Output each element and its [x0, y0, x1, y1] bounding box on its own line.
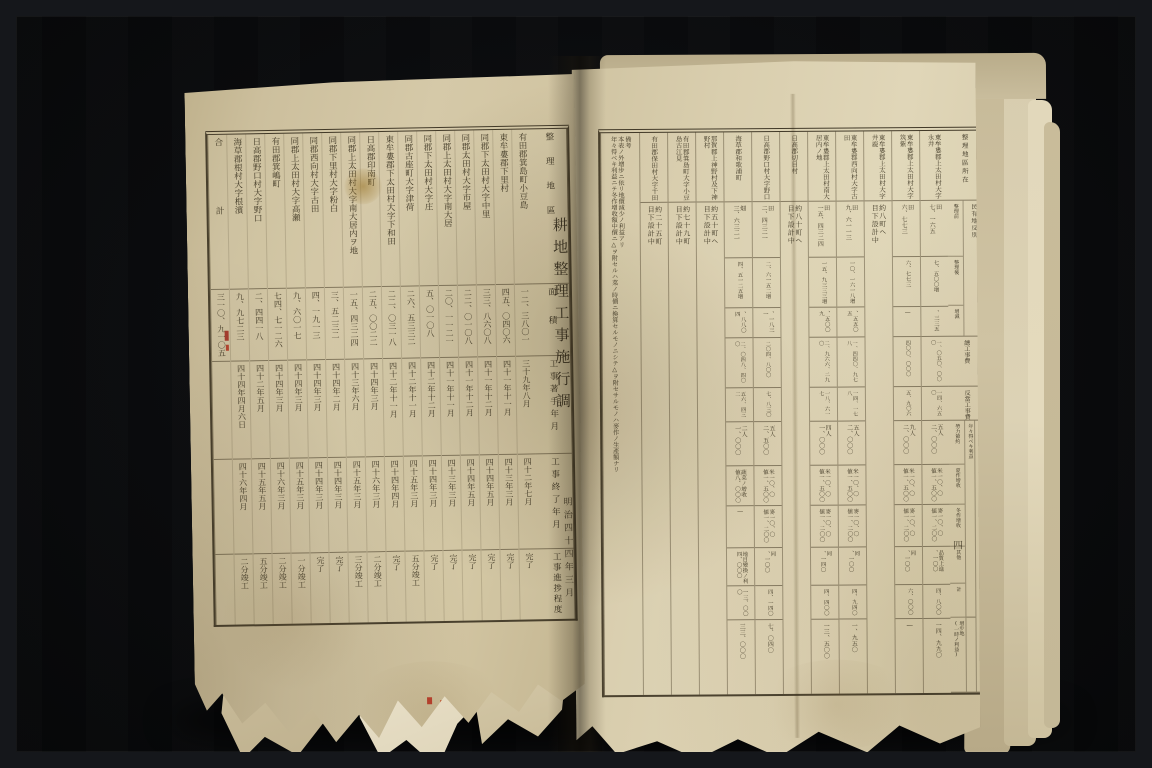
progress-status-text: 五分竣工 [258, 557, 267, 589]
total-cost: 二〇四、八〇〇 [753, 338, 780, 388]
summer-crop-gain-text: 米一〇、〇 値一、五〇〇 [902, 468, 914, 502]
document-title: 耕地整理工事施行調 [547, 217, 576, 477]
benefit-total: 四、一四〇 [755, 586, 782, 620]
labor-saving-text: 九人 二、〇〇〇 [901, 424, 914, 454]
winter-crop-gain-text: 麥一〇、〇 値一、二〇〇 [902, 508, 914, 542]
benefit-total: 一三、〇〇〇 [727, 586, 754, 620]
area-before-text: 田 九、六一一三 [844, 204, 857, 240]
header-annual-label: 年々得ベキ利益 [965, 421, 975, 618]
progress-status-text: 完了 [524, 552, 533, 568]
header-summer-text: 夏作增收 [954, 468, 960, 488]
bonus-land-benefit-text: 一、九五〇 [850, 622, 857, 652]
winter-crop-gain: 麥一〇、〇 値一、二〇〇 [811, 506, 838, 548]
end-date-text: 四十四年四月 [390, 460, 399, 508]
area-before: 田 六、七七三 [893, 201, 920, 257]
other-benefit-text: 同 、一四〇 [819, 551, 831, 573]
area-after: 六、七七三 [893, 257, 920, 307]
end-date: 四十二年七月 [518, 454, 538, 549]
area-before: 田 九、六一一三 [837, 201, 864, 257]
header-benefit-sub: 勞力節約夏作增收冬作增收其他計增步地 (一時ノ利益) [949, 421, 967, 692]
header-per-tan-text: 反當工事費 [963, 390, 970, 420]
area-value-text: 二〇、一一二一 [444, 289, 454, 345]
start-date: 四十一年十二月 [459, 357, 479, 455]
winter-crop-gain-text: 麥一〇、〇 値一、二〇〇 [846, 508, 858, 542]
start-date: 四十三年六月 [345, 359, 365, 457]
labor-saving: 五人 二、五〇〇 [754, 422, 781, 466]
labor-saving: 二人 一、〇〇〇 [726, 422, 753, 466]
start-date-text: 四十四年二月 [331, 363, 340, 411]
progress-status: 二分竣工 [235, 554, 254, 624]
cost-per-tan-text: 一四、一七八 [846, 390, 857, 420]
district-name-text: 東牟婁郡下太田村大字下和田 [384, 135, 395, 246]
document-date: 明治四十四年三月 [556, 497, 577, 667]
progress-status-text: 二分竣工 [372, 555, 381, 587]
progress-status-text: 一分竣工 [296, 556, 305, 588]
winter-crop-gain-text: ― [737, 509, 743, 515]
area-value-text: 四五、〇四〇六 [501, 288, 511, 344]
area-value-text: 二六、五三三二 [406, 289, 416, 345]
header-district-text: 整理地區 [544, 132, 555, 230]
location-name: 東牟婁郡上太田村大字筑紫 [892, 131, 919, 201]
progress-status-text: 完了 [391, 555, 400, 571]
start-date-text: 四十二年十二月 [426, 361, 436, 417]
remarks-column: 備考 本表ノ外增步ニ依リ地價減少ノ利益アリ 年々得ベキ利益ニテ冬作增收額中價ニ△… [600, 133, 643, 695]
district-name-text: 同郡上太田村大字高瀬 [289, 136, 300, 221]
progress-status: 一分竣工 [291, 553, 310, 623]
summer-crop-gain: 米一〇、〇 値一、五〇〇 [894, 465, 921, 505]
district-name-text: 同郡下太田村大字中里 [479, 133, 490, 218]
end-date: 四十五年三月 [347, 457, 367, 552]
header-change: 增減 [948, 306, 963, 336]
total-cost-text: 二〇四、八〇〇 [764, 341, 770, 377]
area-value: 五、〇一〇八 [420, 286, 439, 358]
location-name: 海草郡和歌浦町 [724, 132, 751, 202]
area-value: 三、五二三二 [325, 288, 344, 360]
area-value: 二二、〇三一八 [382, 287, 401, 359]
summer-crop-gain: 米一〇、〇 値一、五〇〇 [922, 465, 949, 505]
right-table-record: 東牟婁郡上太田村大字井鹿約八町ヘ 目下設計中 [863, 131, 895, 693]
header-land-sub: 整理前整理後增減 [948, 201, 965, 336]
other-benefit: 同 、一四〇 [811, 548, 838, 586]
progress-status: 三分竣工 [348, 552, 367, 622]
area-before-text: 田 二、四三二一 [760, 205, 773, 241]
labor-saving-text: 四人 一、〇〇〇 [817, 425, 830, 455]
progress-status: 五分竣工 [253, 554, 272, 624]
remarks-text-text: 備考 本表ノ外增步ニ依リ地價減少ノ利益アリ 年々得ベキ利益ニテ冬作增收額中價ニ△… [609, 136, 633, 473]
right-table-record: 東牟婁郡上太田村南大居内ノ地田 一五、四三二四一五、九三三三增、五〇〇九二、九六… [807, 132, 839, 694]
total-cost-text: 一、〇五〇、〇〇〇 [929, 340, 941, 386]
start-date-text: 四十四年三月 [312, 363, 321, 411]
header-after-text: 整理後 [953, 259, 958, 274]
progress-status-text: 二分竣工 [239, 557, 248, 589]
area-value-text: 一五、四三二四 [349, 290, 359, 346]
winter-crop-gain-text: 麥一〇、〇 値一、二〇〇 [818, 509, 830, 543]
other-benefit: 同 、一〇〇 [895, 547, 922, 585]
bonus-land-benefit-text: 三三、〇〇〇 [738, 623, 745, 659]
labor-saving-text: 五人 二、〇〇〇 [929, 424, 942, 454]
area-after-text: 二、六一五二增 [764, 261, 770, 299]
start-date-text: 四十一年十二月 [464, 360, 474, 416]
labor-saving: 四人 一、〇〇〇 [810, 422, 837, 466]
location-name: 東牟婁郡西向村大字古田 [836, 131, 863, 201]
benefit-total-text: 四、八〇〇 [934, 588, 940, 615]
summer-crop-gain-text: 米一〇、〇 値一、五〇〇 [930, 468, 942, 502]
right-table-record: 東牟婁郡上太田村大字筑紫田 六、七七三六、七七三―四〇〇、〇〇〇五、九〇六九人 … [891, 131, 923, 693]
end-date-text: 四十五年三月 [295, 461, 304, 509]
start-date: 四十二年十二月 [421, 358, 441, 456]
cost-per-tan: 七、八三〇 [754, 388, 781, 422]
other-benefit: 地目變換ノ利 四、〇〇〇 [727, 548, 754, 586]
other-benefit: 同 、一〇〇 [839, 547, 866, 585]
benefit-total-text: 四、一四〇 [766, 589, 772, 616]
header-total-text: 計 [955, 587, 960, 592]
start-date: 四十四年二月 [326, 360, 346, 458]
cost-per-tan-text: 一四、六五〇 [930, 390, 941, 420]
bonus-land-benefit: 三三、〇〇〇 [727, 620, 755, 694]
area-value-text: 九、九七二三 [235, 292, 244, 340]
area-value-text: 二五、〇〇二二 [368, 290, 378, 346]
progress-status [216, 555, 235, 625]
area-value-text: 七四、七一二六 [273, 292, 283, 348]
end-date: 四十三年三月 [499, 455, 519, 550]
header-summer: 夏作增收 [949, 465, 964, 505]
total-cost: 四〇〇、〇〇〇 [893, 337, 920, 387]
area-change-text: 、一八三一 [761, 311, 773, 337]
area-after: 四、五一二五增 [725, 258, 752, 308]
benefit-total: 四、四〇〇 [811, 586, 838, 620]
remarks-text: 備考 本表ノ外增步ニ依リ地價減少ノ利益アリ 年々得ベキ利益ニテ冬作增收額中價ニ△… [601, 133, 643, 695]
area-value-text: 二二、〇一〇八 [463, 288, 473, 344]
winter-crop-gain: 麥一〇、〇 値一、二〇〇 [755, 506, 782, 548]
right-table-record: 有田郡保田村大字千田約二十五町 目下設計中 [639, 133, 671, 695]
header-annual-label-text: 年々得ベキ利益 [967, 424, 973, 459]
end-date-text: 四十四年三月 [428, 459, 437, 507]
cost-per-tan-text: 五六、四三二 [734, 391, 745, 421]
start-date-text: 四十四年三月 [369, 362, 378, 410]
total-cost-text: 二、九六六、二九〇 [817, 341, 829, 387]
area-before-text: 田 七、一六五 [928, 204, 941, 234]
left-page: 整理地區面積工事著手年月工事終了年月工事進捗程度有田郡箕島町小豆島一二、三八〇一… [184, 69, 586, 752]
district-name-text: 同郡西向村大字古田 [308, 136, 319, 213]
design-status-note-text: 約二十五町 目下設計中 [647, 206, 662, 246]
other-benefit-text: 品質上進 、一〇〇 [931, 550, 943, 572]
area-after-text: 七、五〇〇增 [932, 260, 938, 292]
area-change-text: 、五五〇五 [845, 310, 857, 336]
district-name-text: 海草郡根村大字根濱 [232, 137, 243, 214]
labor-saving-text: 五人 二、〇〇〇 [845, 424, 858, 454]
progress-status-text: 完了 [467, 553, 476, 569]
progress-status: 完了 [519, 549, 538, 619]
red-mark [427, 697, 432, 704]
location-name: 日高郡切目村 [780, 132, 807, 202]
cost-per-tan: 五、九〇六 [894, 387, 921, 421]
cost-per-tan-text: 五、九〇六 [905, 390, 911, 416]
winter-crop-gain-text: 麥一〇、〇 値一、二〇〇 [930, 508, 942, 542]
end-date: 四十五年三月 [404, 456, 424, 551]
winter-crop-gain: ― [727, 506, 754, 548]
area-after-text: 四、五一二五增 [736, 261, 742, 299]
end-date-text: 四十三年三月 [447, 459, 456, 507]
district-name-text: 同郡太田村大字市屋 [460, 133, 471, 210]
area-value-text: 九、六〇一七 [292, 291, 301, 339]
progress-status: 二分竣工 [272, 554, 291, 624]
header-bonus-text: 增步地 (一時ノ利益) [953, 621, 964, 658]
end-date-text: 四十四年三月 [314, 461, 323, 509]
labor-saving: 五人 二、〇〇〇 [922, 421, 949, 465]
bonus-land-benefit: 一、九五〇 [839, 619, 867, 693]
summer-crop-gain: 米一〇、〇 値一、五〇〇 [754, 466, 781, 506]
area-change: 、八八〇四 [725, 308, 752, 338]
location-name-text: 日高郡切目村 [790, 135, 797, 174]
benefit-total: 六、〇〇〇 [895, 585, 922, 619]
progress-status: 完了 [462, 550, 481, 620]
end-date-text: 四十二年七月 [523, 457, 532, 505]
area-change: 、三三五 [921, 307, 948, 337]
cost-per-tan: 一八、六一七 [810, 388, 837, 422]
header-labor-text: 勞力節約 [954, 424, 960, 444]
area-after: 一〇、一六一八增 [837, 257, 864, 307]
header-before-text: 整理前 [952, 204, 957, 219]
location-name: 那賀郡上神野村及下神野村 [696, 132, 723, 202]
total-cost-text: 二、〇四八、四〇〇 [733, 341, 745, 387]
header-total-cost-text: 總工事費 [962, 340, 969, 364]
other-benefit-text: 同 、一〇〇 [763, 551, 775, 573]
start-date: 四十四年三月 [307, 360, 327, 458]
end-date-text: 四十四年五月 [485, 458, 494, 506]
header-annual-spacer [966, 618, 976, 692]
location-name-text: 東牟婁郡上太田村大字永井 [927, 134, 941, 200]
summer-crop-gain-text: 蔬菜ノ增收 値八、〇〇〇 [734, 469, 746, 503]
left-table: 整理地區面積工事著手年月工事終了年月工事進捗程度有田郡箕島町小豆島一二、三八〇一… [205, 125, 578, 627]
area-value: 二〇、一一二一 [439, 286, 458, 358]
labor-saving-text: 五人 二、五〇〇 [761, 425, 774, 455]
design-status-note: 約八町ヘ 目下設計中 [865, 201, 895, 693]
progress-status-text: 完了 [429, 554, 438, 570]
area-after: 七、五〇〇增 [921, 257, 948, 307]
area-value: 一二、三八〇一 [515, 284, 534, 356]
cost-per-tan: 一四、六五〇 [922, 387, 949, 421]
area-after-text: 六、七七三 [904, 260, 910, 287]
start-date: 三十九年八月 [516, 356, 536, 454]
header-winter-text: 冬作增收 [954, 507, 960, 527]
cost-per-tan-text: 一八、六一七 [818, 391, 829, 421]
location-name: 東牟婁郡上太田村南大居内ノ地 [808, 132, 835, 202]
start-date: 四十二年五月 [250, 361, 270, 459]
end-date-text: 四十六年四月 [238, 462, 247, 510]
location-name-text: 東牟婁郡上太田村大字井鹿 [871, 134, 885, 200]
end-date: 四十六年三月 [271, 459, 291, 554]
end-date-text: 四十三年三月 [504, 458, 513, 506]
end-date-text: 四十四年五月 [466, 458, 475, 506]
location-name: 東牟婁郡上太田村大字永井 [920, 131, 947, 201]
end-date-text: 四十五年五月 [257, 462, 266, 510]
progress-status: 完了 [386, 552, 405, 622]
other-benefit: 品質上進 、一〇〇 [923, 547, 950, 585]
right-table-record: 東牟婁郡上太田村大字永井田 七、一六五七、五〇〇增、三三五一、〇五〇、〇〇〇一四… [919, 131, 951, 693]
bonus-land-benefit-text: 一三、五〇〇 [822, 623, 829, 659]
winter-crop-gain: 麥一〇、〇 値一、二〇〇 [895, 505, 922, 547]
location-name-text: 東牟婁郡上太田村南大居内ノ地 [815, 135, 829, 201]
progress-status-text: 三分竣工 [353, 555, 362, 587]
start-date-text: 四十一年十一月 [502, 360, 512, 416]
winter-crop-gain: 麥一〇、〇 値一、二〇〇 [923, 505, 950, 547]
progress-status: 完了 [481, 550, 500, 620]
district-name-text: 同郡古座町大字津荷 [403, 134, 414, 211]
start-date-text: 四十二年十一月 [388, 362, 398, 418]
progress-status: 完了 [443, 551, 462, 621]
area-value: 二六、五三三二 [401, 286, 420, 358]
right-table: 整理地區所在整理前整理後增減民有地反別總工事費反當工事費勞力節約夏作增收冬作增收… [598, 127, 988, 698]
area-value-text: 一二、三八〇一 [520, 287, 530, 343]
area-change-text: 、八八〇四 [733, 311, 745, 337]
start-date: 四十四年三月 [364, 359, 384, 457]
other-benefit-text: 同 、一〇〇 [903, 550, 915, 572]
photo-of-open-ledger: 整理地區所在整理前整理後增減民有地反別總工事費反當工事費勞力節約夏作增收冬作增收… [0, 0, 1152, 768]
area-value: 九、九七二三 [230, 289, 249, 361]
area-value: 一五、四三二四 [344, 287, 363, 359]
start-date: 四十二年十一月 [383, 359, 403, 457]
area-change: 、一八三一 [753, 308, 780, 338]
district-name-text: 有田郡箕嶋町 [270, 137, 280, 188]
total-cost: 二、〇四八、四〇〇 [725, 338, 752, 388]
summer-crop-gain: 蔬菜ノ增收 値八、〇〇〇 [726, 466, 753, 506]
progress-status-text: 完了 [334, 556, 343, 572]
area-value-text: 二二、〇三一八 [387, 290, 397, 346]
start-date-text: 四十二年五月 [255, 364, 264, 412]
progress-status-text: 完了 [486, 553, 495, 569]
location-name: 有田郡保田村大字千田 [640, 133, 667, 203]
bonus-land-benefit: ― [895, 619, 923, 693]
total-cost: 二、九六六、二九〇 [809, 338, 836, 388]
area-change-text: 、五〇〇九 [817, 311, 829, 337]
cost-per-tan: 一四、一七八 [838, 387, 865, 421]
design-status-note-text: 約八町ヘ 目下設計中 [871, 204, 886, 244]
location-name-text: 那賀郡上神野村及下神野村 [703, 135, 717, 201]
total-cost-text: 四〇〇、〇〇〇 [904, 340, 910, 376]
area-value-text: 三三、八六〇八 [482, 288, 492, 344]
design-status-note: 約二十五町 目下設計中 [641, 203, 671, 695]
location-name-text: 有田郡箕島町大字小豆島古江見 [675, 136, 689, 202]
design-status-note-text: 約八十町ヘ 目下設計中 [787, 205, 802, 245]
end-date-text: 四十五年三月 [352, 460, 361, 508]
bonus-land-benefit: 一四、九九〇 [923, 619, 951, 693]
location-name: 日高郡野口村大字野口 [752, 132, 779, 202]
labor-saving: 五人 二、〇〇〇 [838, 421, 865, 465]
labor-saving-text: 二人 一、〇〇〇 [733, 425, 746, 455]
end-date: 四十三年三月 [442, 456, 462, 551]
total-cost-text: 一、四四〇、九七八 [845, 340, 857, 386]
bonus-land-benefit: 七、〇四〇 [755, 620, 783, 694]
other-benefit-text: 地目變換ノ利 四、〇〇〇 [735, 551, 747, 583]
area-before-text: 田 六、七七三 [900, 204, 913, 234]
cost-per-tan-text: 七、八三〇 [765, 391, 771, 417]
summer-crop-gain: 米一〇、〇 値一、五〇〇 [810, 466, 837, 506]
bonus-land-benefit: 一三、五〇〇 [811, 620, 839, 694]
area-value-text: 三一〇、九一〇五 [216, 293, 226, 357]
district-name-text: 日高郡印南町 [365, 135, 375, 186]
start-date-text: 四十四年四月六日 [236, 364, 246, 428]
end-date: 四十五年三月 [290, 458, 310, 553]
end-date-text: 四十四年三月 [333, 461, 342, 509]
district-name-text: 同郡下太田村大字庄 [422, 134, 433, 211]
right-table-record: 海草郡和歌浦町畑 三、六三二一四、五一二五增、八八〇四二、〇四八、四〇〇五六、四… [723, 132, 755, 694]
district-name-text: 有田郡箕島町小豆島 [517, 133, 528, 210]
end-date-text: 四十五年三月 [409, 459, 418, 507]
header-labor: 勞力節約 [949, 421, 964, 465]
start-date [212, 362, 232, 460]
area-after: 一五、九三三三增 [809, 258, 836, 308]
cost-per-tan: 五六、四三二 [726, 388, 753, 422]
end-date: 四十四年五月 [461, 455, 481, 550]
header-total: 計 [950, 584, 965, 618]
area-after-text: 一〇、一六一八增 [848, 260, 854, 303]
end-date: 四十五年五月 [252, 459, 272, 554]
page-stack-edge [1044, 122, 1060, 728]
area-value: 四五、〇四〇六 [496, 285, 515, 357]
end-date-text: 四十六年三月 [371, 460, 380, 508]
area-value-text: 二、四四一八 [254, 292, 263, 340]
progress-status-text: 二分竣工 [277, 557, 286, 589]
total-cost: 一、四四〇、九七八 [837, 337, 864, 387]
header-before: 整理前 [948, 201, 963, 257]
end-date: 四十四年三月 [328, 458, 348, 553]
area-before: 田 二、四三二一 [753, 202, 780, 258]
benefit-total-text: 六、〇〇〇 [906, 588, 912, 615]
labor-saving: 九人 二、〇〇〇 [894, 421, 921, 465]
end-date: 四十四年三月 [309, 458, 329, 553]
bonus-land-benefit-text: ― [906, 622, 913, 629]
design-status-note: 約八十町ヘ 目下設計中 [781, 202, 811, 694]
area-value: 三一〇、九一〇五 [211, 290, 230, 362]
right-table-record: 有田郡箕島町大字小豆島古江見約七十九町 目下設計中 [667, 133, 699, 695]
location-name-text: 東牟婁郡上太田村大字筑紫 [899, 134, 913, 200]
design-status-note-text: 約七十九町 目下設計中 [675, 206, 690, 246]
start-date-text: 四十三年六月 [350, 362, 359, 410]
start-date: 四十一年十一月 [440, 358, 460, 456]
right-table-record: 東牟婁郡西向村大字古田田 九、六一一三一〇、一六一八增、五五〇五一、四四〇、九七… [835, 131, 867, 693]
winter-crop-gain-text: 麥一〇、〇 値一、二〇〇 [762, 509, 774, 543]
progress-status: 五分竣工 [405, 551, 424, 621]
area-after: 二、六一五二增 [753, 258, 780, 308]
area-value: 二五、〇〇二二 [363, 287, 382, 359]
progress-status: 完了 [500, 550, 519, 620]
area-change-text: 、三三五 [932, 310, 938, 332]
start-date-text: 四十一年十二月 [483, 360, 493, 416]
design-status-note: 約七十九町 目下設計中 [669, 203, 699, 695]
other-benefit: 同 、一〇〇 [755, 548, 782, 586]
summer-crop-gain: 米一〇、〇 値一、五〇〇 [838, 465, 865, 505]
area-change-text: ― [904, 310, 910, 316]
district-name-text: 同郡下里村大字粉白 [327, 136, 338, 213]
progress-status: 完了 [424, 551, 443, 621]
benefit-total: 四、九四〇 [839, 585, 866, 619]
area-value-text: 四、一九一三 [311, 291, 320, 339]
end-date: 四十四年三月 [423, 456, 443, 551]
district-name-text: 日高郡野口村大字野口 [251, 137, 262, 222]
area-value: 二二、〇一〇八 [458, 285, 477, 357]
right-table-record: 日高郡切目村約八十町ヘ 目下設計中 [779, 132, 811, 694]
area-after-text: 一五、九三三三增 [820, 261, 826, 304]
location-name-text: 日高郡野口村大字野口 [762, 135, 769, 200]
area-value: 二、四四一八 [249, 289, 268, 361]
start-date: 四十一年十一月 [497, 357, 517, 455]
district-name-text: 同郡上太田村大字南大居内ヲ地 [346, 135, 357, 254]
area-value-text: 三、五二三二 [330, 291, 339, 339]
area-before-text: 畑 三、六三二一 [732, 205, 745, 241]
area-before: 田 七、一六五 [921, 201, 948, 257]
start-date: 四十一年十二月 [478, 357, 498, 455]
right-table-record: 那賀郡上神野村及下神野村約五十町ヘ 目下設計中 [695, 132, 727, 694]
